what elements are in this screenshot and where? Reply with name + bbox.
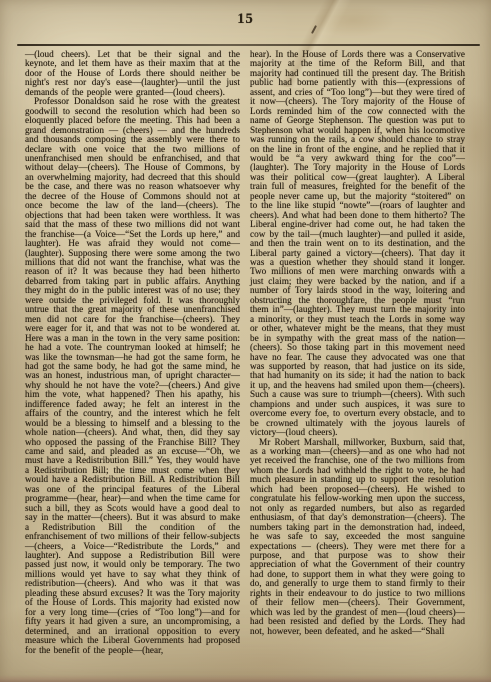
paragraph-professor-donaldson: Professor Donaldson said he rose with th… [25, 97, 240, 655]
paragraph-continuation: —(loud cheers). Let that be their signal… [25, 50, 240, 97]
left-column: —(loud cheers). Let that be their signal… [25, 50, 240, 655]
page-number: 15 [0, 11, 491, 28]
paragraph-robert-marshall: Mr Robert Marshall, millworker, Buxburn,… [250, 438, 465, 637]
text-columns: —(loud cheers). Let that be their signal… [25, 50, 465, 655]
header-rule [17, 44, 480, 46]
page-bottom-edge [0, 675, 491, 682]
paragraph-continuation: hear). In the House of Lords there was a… [250, 50, 465, 438]
scanned-book-page: 15 —(loud cheers). Let that be their sig… [0, 0, 491, 682]
right-column: hear). In the House of Lords there was a… [250, 50, 465, 655]
